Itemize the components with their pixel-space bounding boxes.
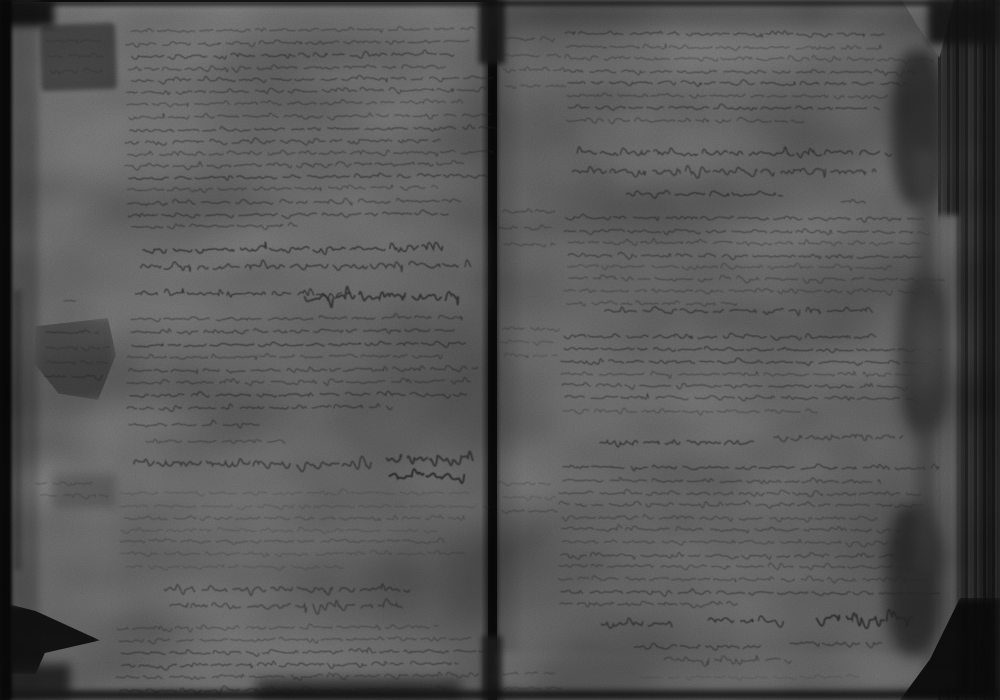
manuscript-scan [0,0,1000,700]
film-grain-overlay [0,0,1000,700]
grain-rect [0,0,1000,700]
